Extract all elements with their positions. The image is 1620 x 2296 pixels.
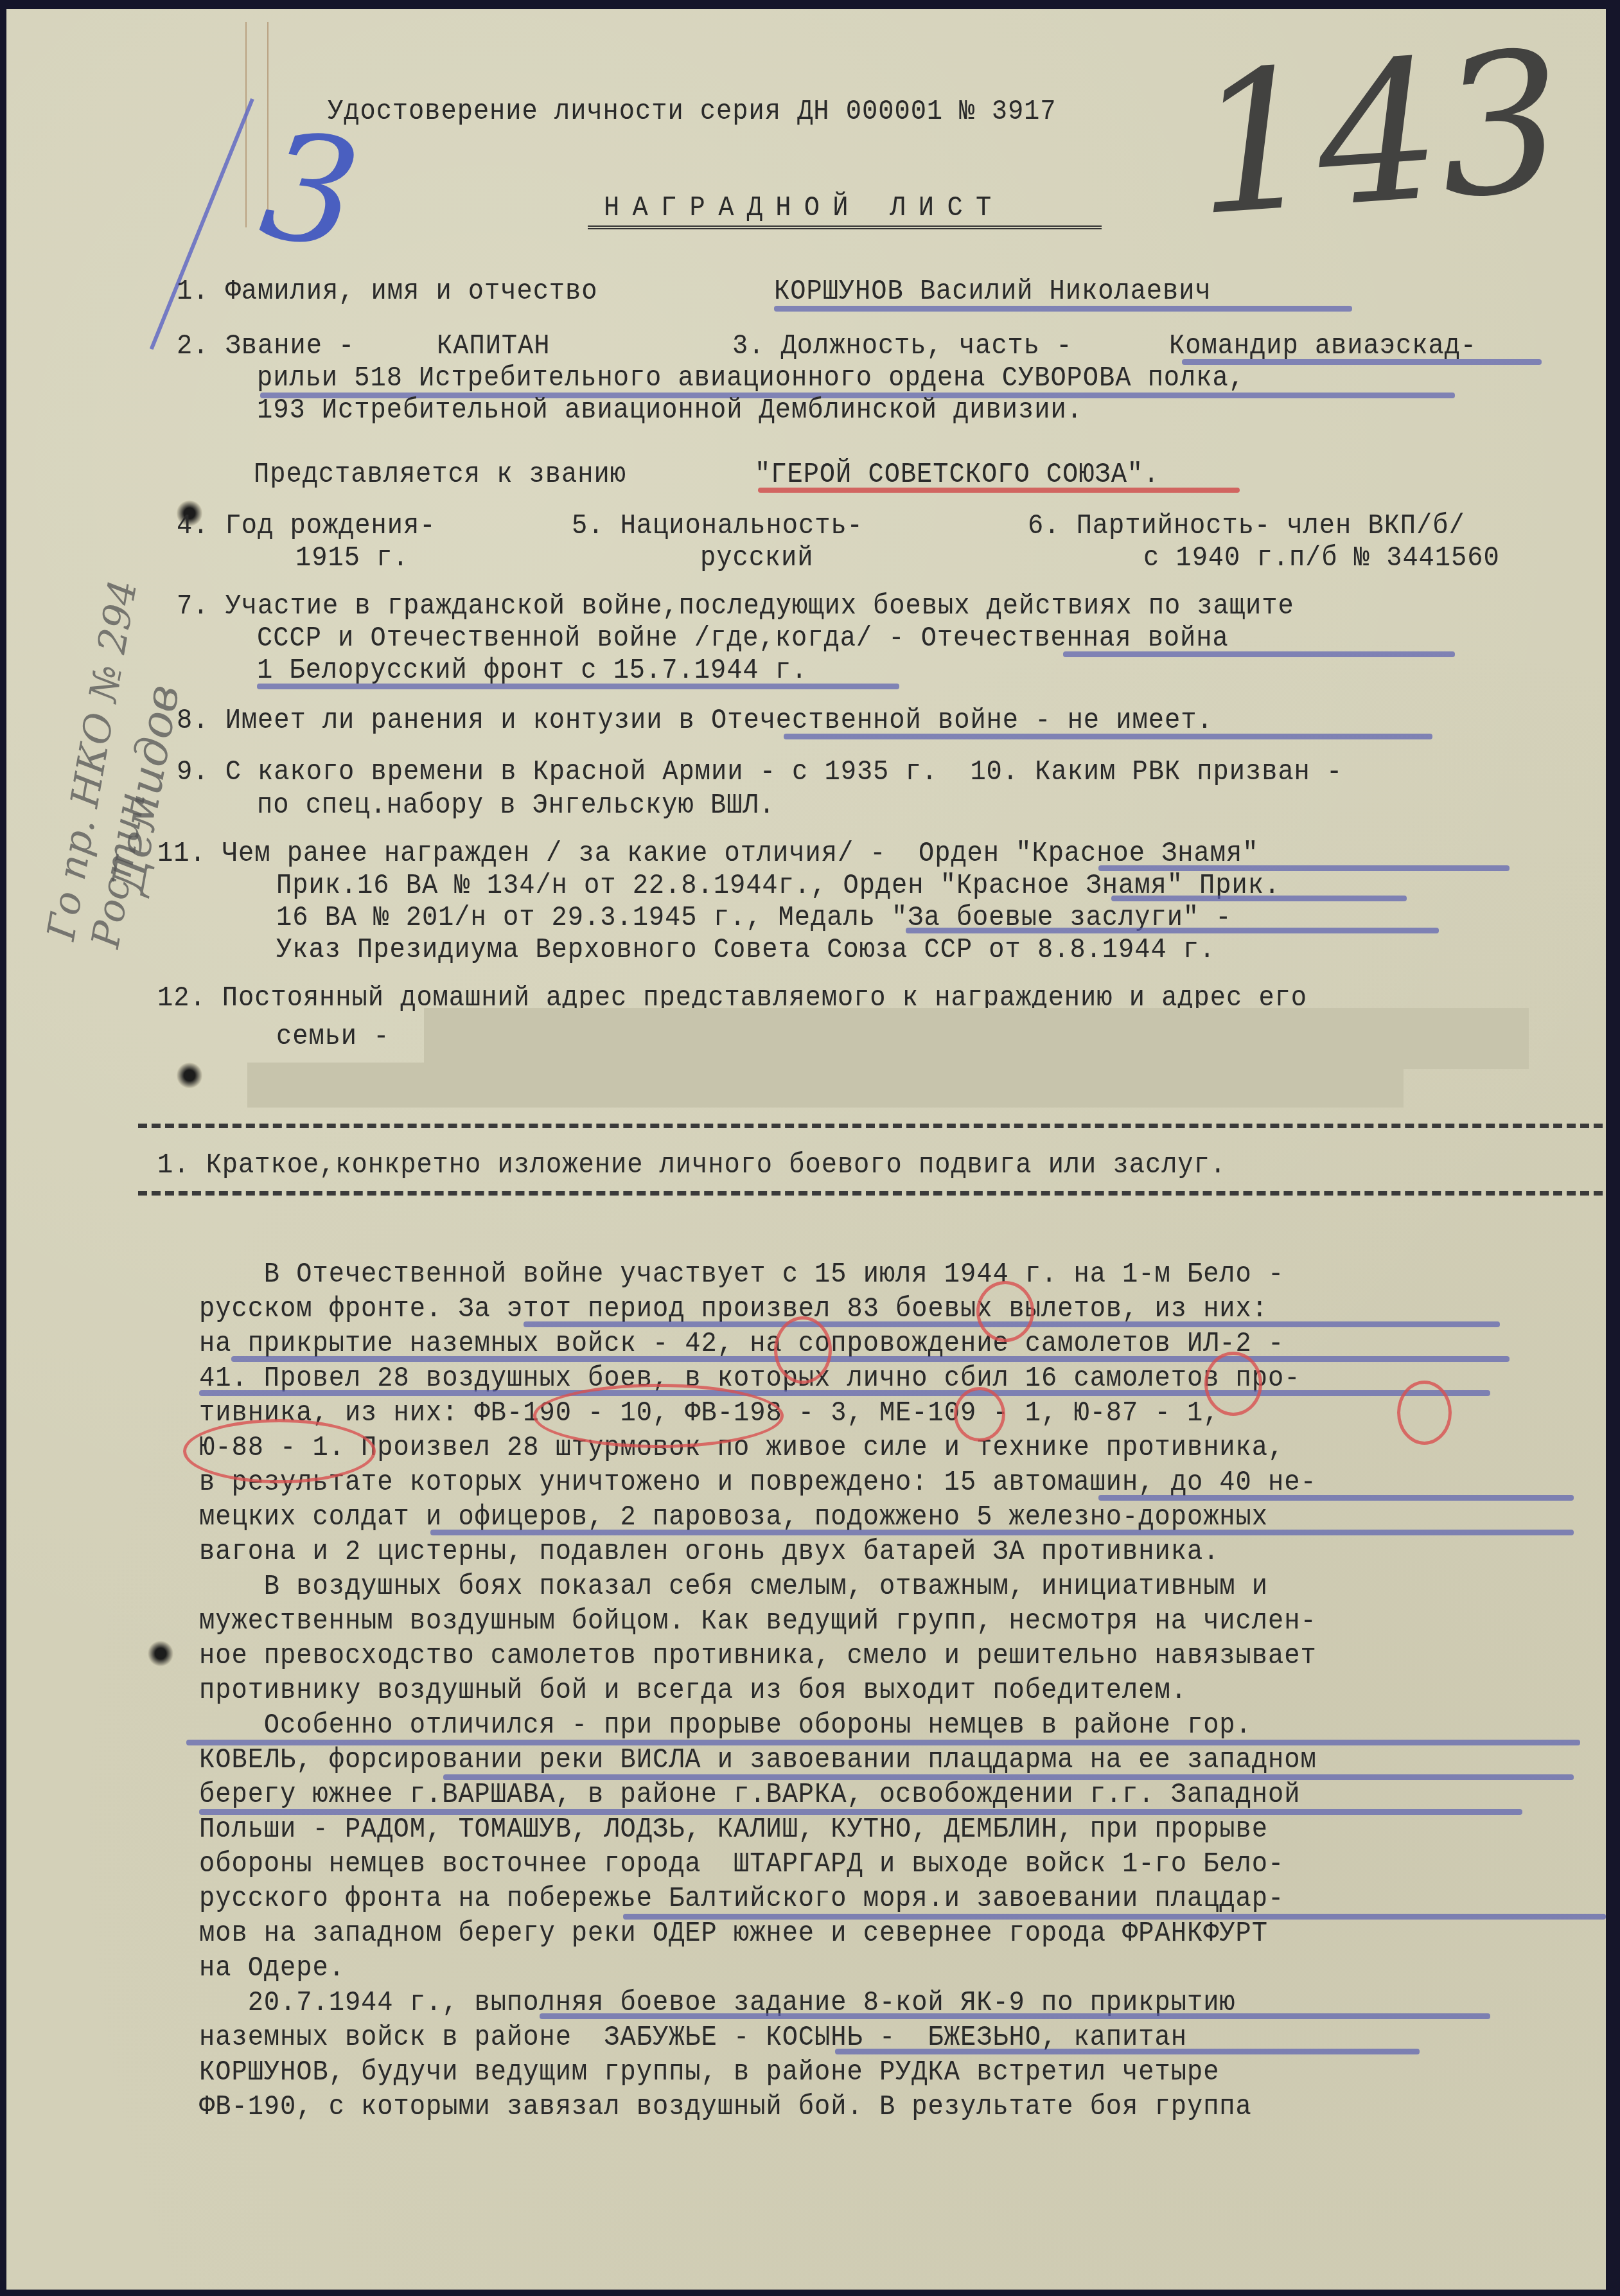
red-circle-ju88 (183, 1419, 376, 1483)
red-circle-83 (976, 1281, 1034, 1342)
field-7-line1: 7. Участие в гражданской войне,последующ… (177, 590, 1294, 623)
blue-underline (199, 1390, 1490, 1396)
body-line: противнику воздушный бой и всегда из боя… (199, 1675, 1187, 1707)
document-title: НАГРАДНОЙ ЛИСТ (604, 192, 1004, 224)
blue-underline (430, 1530, 1574, 1535)
award-sheet-page: 3 143 Го пр. НКО № 294 Ростин Демидов Уд… (6, 9, 1606, 2290)
body-line: Особенно отличился - при прорыве обороны… (199, 1709, 1252, 1742)
field-5-value: русский (700, 542, 813, 574)
body-line: берегу южнее г.ВАРШАВА, в районе г.ВАРКА… (199, 1779, 1300, 1811)
field-7-line3: 1 Белорусский фронт с 15.7.1944 г. (257, 655, 807, 687)
blue-pencil-stroke (150, 98, 254, 350)
body-line: обороны немцев восточнее города ШТАРГАРД… (199, 1848, 1284, 1880)
field-9-line2: по спец.набору в Энгельскую ВШЛ. (257, 790, 775, 822)
field-8: 8. Имеет ли ранения и контузии в Отечест… (177, 705, 1213, 737)
redacted-address (424, 1008, 1529, 1069)
body-line: В воздушных боях показал себя смелым, от… (199, 1571, 1268, 1603)
red-circle-16 (1204, 1352, 1262, 1416)
red-circle-3 (954, 1387, 1005, 1442)
body-line: русском фронте. За этот период произвел … (199, 1293, 1268, 1325)
body-line: ФВ-190, с которыми завязал воздушный бой… (199, 2091, 1252, 2123)
body-line: мецких солдат и офицеров, 2 паровоза, по… (199, 1501, 1268, 1533)
body-line: В Отечественной войне участвует с 15 июл… (199, 1258, 1284, 1291)
redacted-address (247, 1063, 1404, 1108)
blue-underline (540, 2013, 1490, 2019)
field-12-line2: семьи - (276, 1021, 389, 1053)
field-11-line4: Указ Президиума Верховного Совета Союза … (276, 934, 1215, 966)
field-3-label: 3. Должность, часть - (732, 330, 1072, 362)
field-3-value-2: рильи 518 Истребительного авиационного о… (257, 362, 1245, 394)
blue-underline (774, 306, 1352, 312)
presented-value: "ГЕРОЙ СОВЕТСКОГО СОЮЗА". (755, 459, 1159, 491)
blue-underline (443, 1774, 1574, 1780)
section-1-title: 1. Краткое,конкретно изложение личного б… (157, 1149, 1226, 1181)
field-2-label: 2. Звание - (177, 330, 355, 362)
field-3-value-1: Командир авиаэскад- (1169, 330, 1477, 362)
red-underline (758, 488, 1240, 493)
field-6-value: с 1940 г.п/б № 3441560 (1143, 542, 1500, 574)
body-line: КОВЕЛЬ, форсировании реки ВИСЛА и завоев… (199, 1744, 1317, 1776)
red-circle-42 (774, 1316, 832, 1384)
handwritten-page-number: 143 (1188, 9, 1571, 258)
blue-underline (1063, 651, 1455, 657)
fold-mark (245, 22, 247, 227)
body-line: Польши - РАДОМ, ТОМАШУВ, ЛОДЗЬ, КАЛИШ, К… (199, 1814, 1268, 1846)
blue-underline (623, 1914, 1606, 1920)
field-4-value: 1915 г. (295, 542, 409, 574)
field-5-label: 5. Национальность- (572, 510, 863, 542)
field-4-label: 4. Год рождения- (177, 510, 436, 542)
body-line: в результате которых уничтожено и повреж… (199, 1467, 1317, 1499)
field-11-line1: 11. Чем ранее награжден / за какие отлич… (157, 838, 1258, 870)
field-9-line1: 9. С какого времени в Красной Армии - с … (177, 756, 1343, 788)
title-underline (588, 225, 1102, 229)
body-line: вагона и 2 цистерны, подавлен огонь двух… (199, 1536, 1219, 1568)
blue-underline (1098, 1495, 1574, 1501)
dashed-divider (138, 1124, 1603, 1128)
presented-label: Представляется к званию (254, 459, 626, 491)
blue-underline (231, 1356, 1510, 1362)
field-1-label: 1. Фамилия, имя и отчество (177, 276, 598, 308)
blue-underline (835, 2049, 1420, 2054)
body-line: русского фронта на побережье Балтийского… (199, 1883, 1284, 1915)
body-line: КОРШУНОВ, будучи ведущим группы, в район… (199, 2056, 1219, 2088)
body-line: на прикрытие наземных войск - 42, на соп… (199, 1328, 1284, 1360)
red-circle-1 (1397, 1381, 1452, 1445)
blue-underline (199, 1809, 1522, 1815)
blue-underline (186, 1740, 1580, 1745)
body-line: ное превосходство самолетов противника, … (199, 1640, 1317, 1672)
dashed-divider (138, 1191, 1603, 1196)
blue-underline (257, 684, 899, 689)
body-line: мов на западном берегу реки ОДЕР южнее и… (199, 1918, 1268, 1950)
field-7-line2: СССР и Отечественной войне /где,когда/ -… (257, 623, 1229, 655)
blue-underline (784, 734, 1432, 739)
blue-underline (906, 928, 1439, 933)
punch-hole (148, 1641, 173, 1666)
field-6-label: 6. Партийность- член ВКП/б/ (1028, 510, 1465, 542)
punch-hole (177, 1063, 202, 1088)
body-line: мужественным воздушным бойцом. Как ведущ… (199, 1605, 1317, 1638)
field-2-value: КАПИТАН (437, 330, 550, 362)
blue-underline (1111, 896, 1407, 901)
field-1-value: КОРШУНОВ Василий Николаевич (774, 276, 1211, 308)
red-circle-fw190 (533, 1384, 784, 1448)
field-3-value-3: 193 Истребительной авиационной Демблинск… (257, 394, 1083, 427)
body-line: на Одере. (199, 1952, 345, 1984)
id-document-line: Удостоверение личности серия ДН 000001 №… (328, 96, 1057, 128)
